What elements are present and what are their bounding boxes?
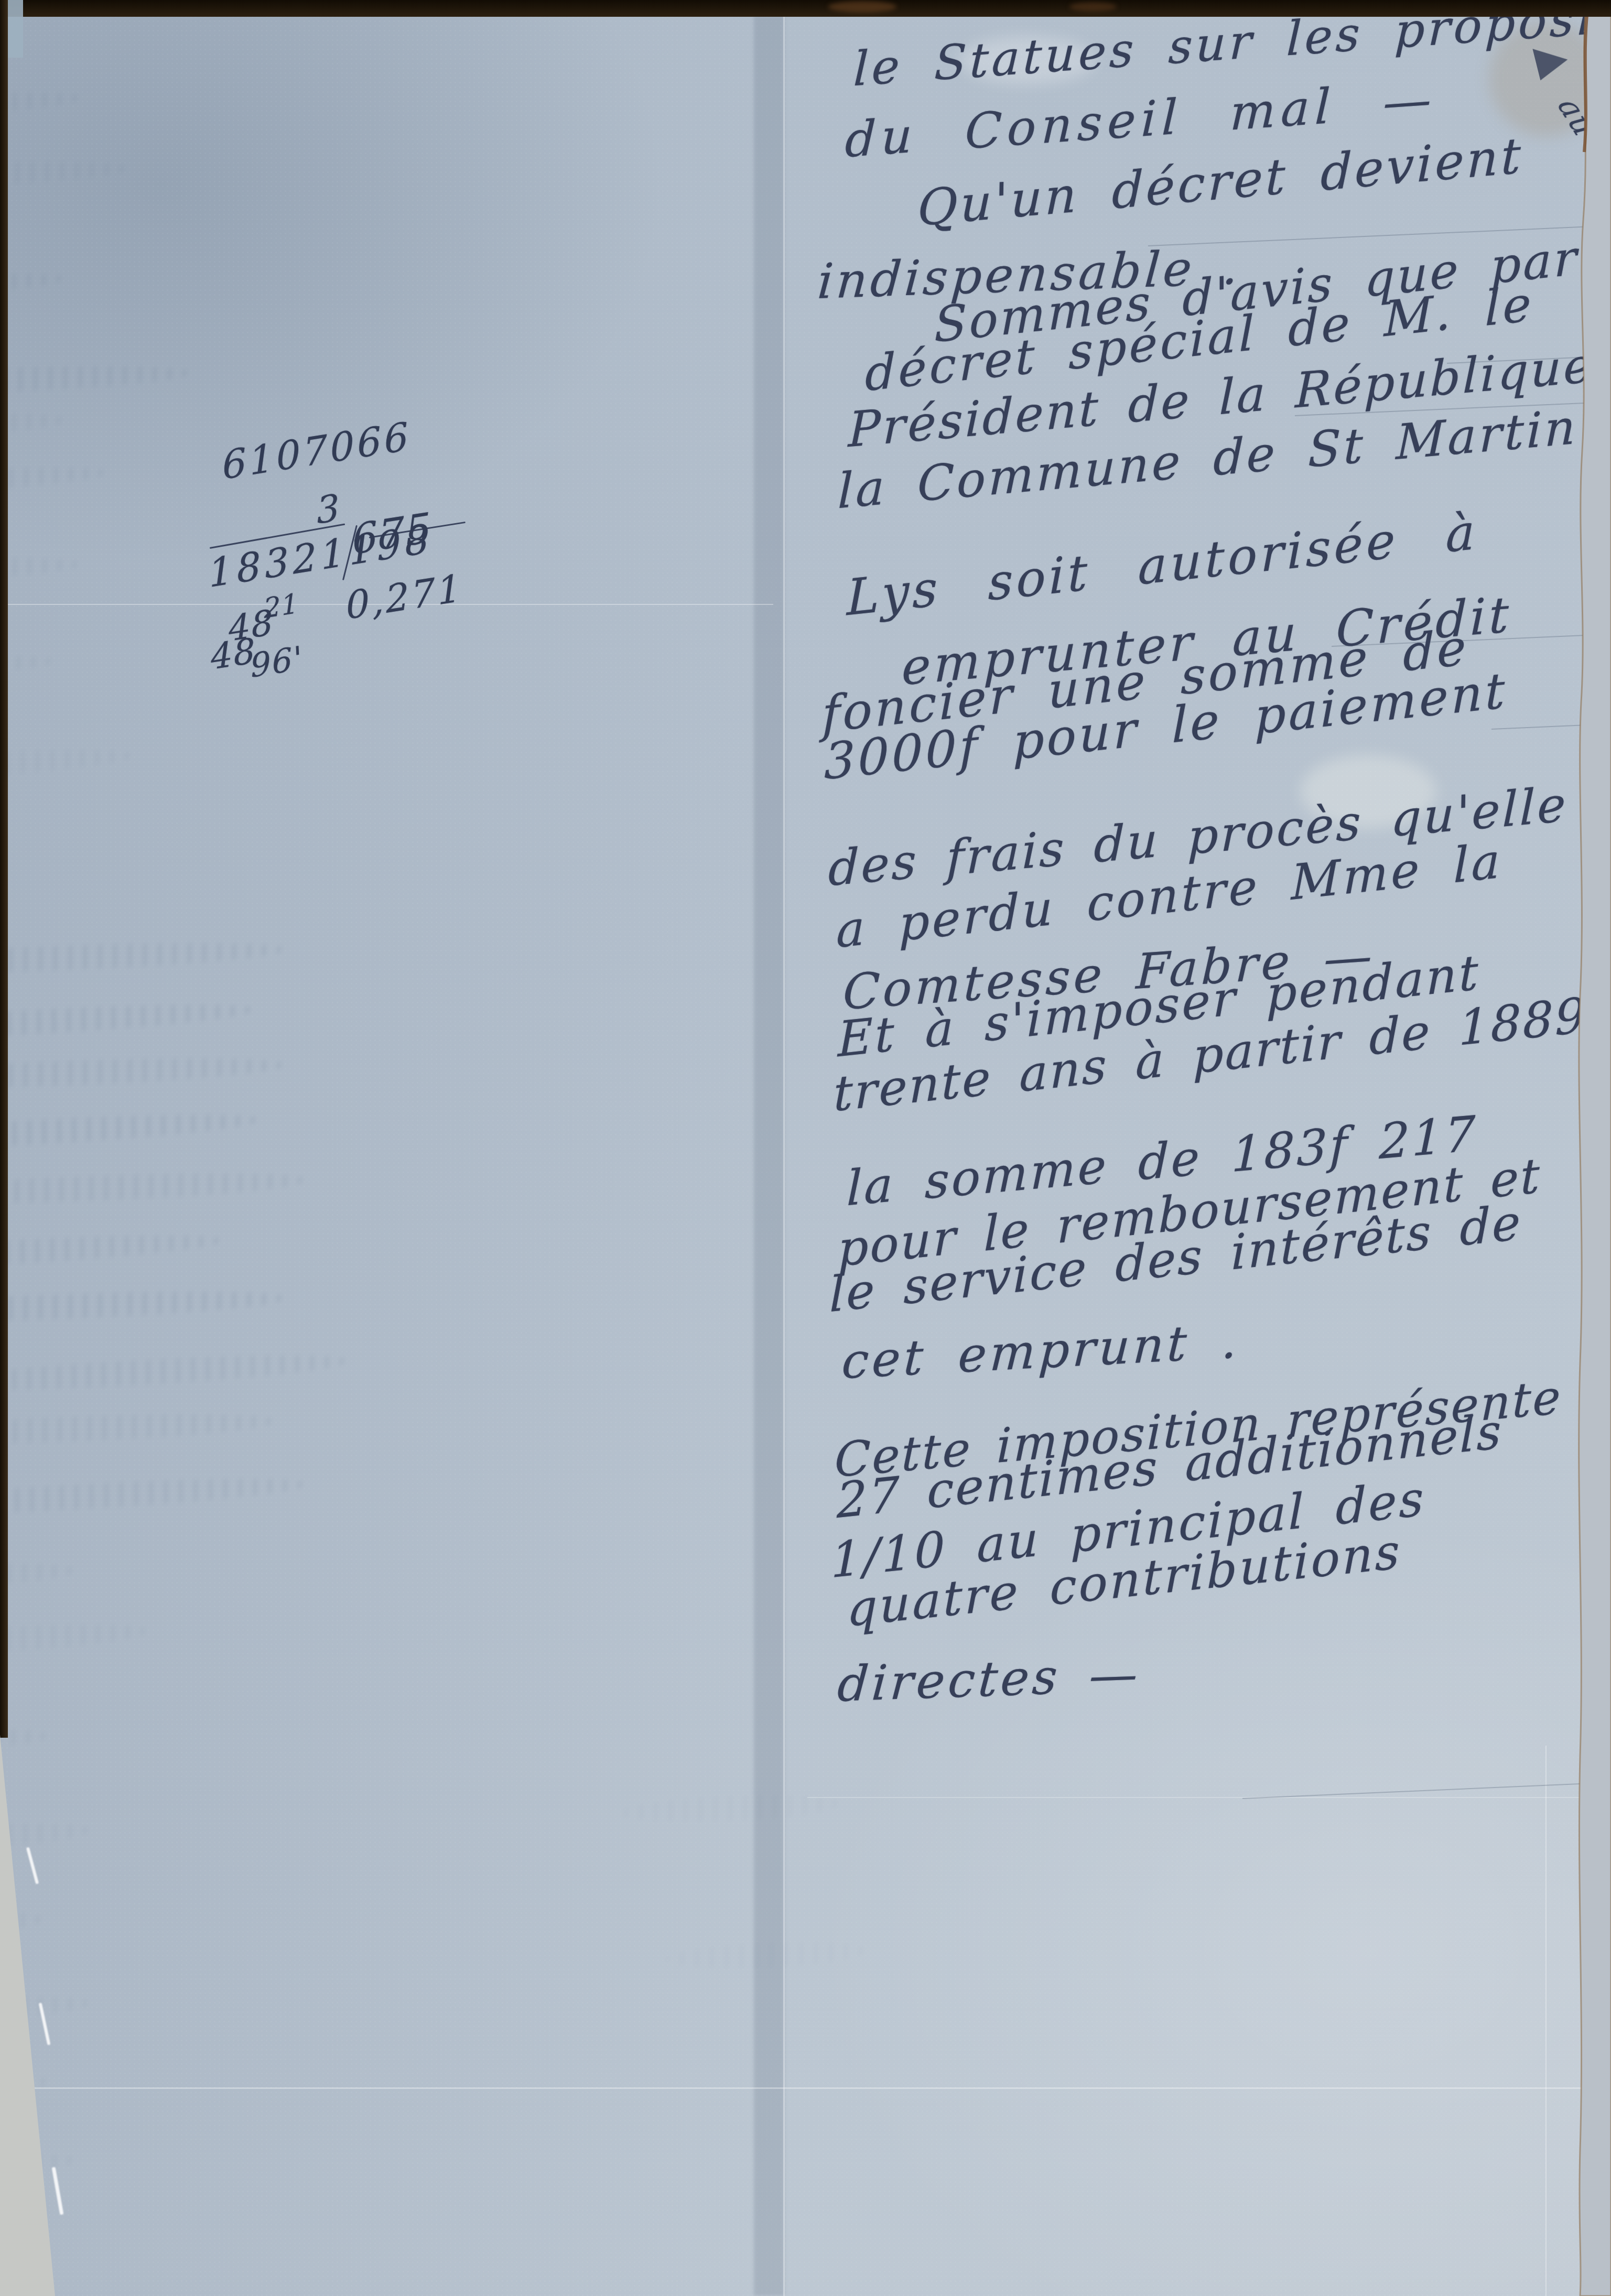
horizontal-crease <box>807 1797 1609 1798</box>
photo-backdrop-top-edge <box>0 0 1611 17</box>
horizontal-crease <box>0 2087 1611 2089</box>
manuscript-page: 61070663183211986750,27148214896' le Sta… <box>0 0 1611 2296</box>
manuscript-line: directes — <box>836 1650 1142 1709</box>
page-fold-shading <box>0 0 786 2296</box>
calculation-number: 21 <box>263 590 300 623</box>
tape-residue <box>1069 2 1117 12</box>
calculation-number: 675 <box>351 507 434 561</box>
vertical-crease <box>1545 1746 1547 2296</box>
tape-residue <box>828 1 896 13</box>
photo-backdrop-left-edge <box>0 0 8 1738</box>
torn-right-edge <box>1566 0 1611 2296</box>
manuscript-line: cet emprunt . <box>841 1317 1242 1386</box>
calculation-number: 96' <box>250 642 304 683</box>
calculation-number: 3 <box>316 489 341 529</box>
